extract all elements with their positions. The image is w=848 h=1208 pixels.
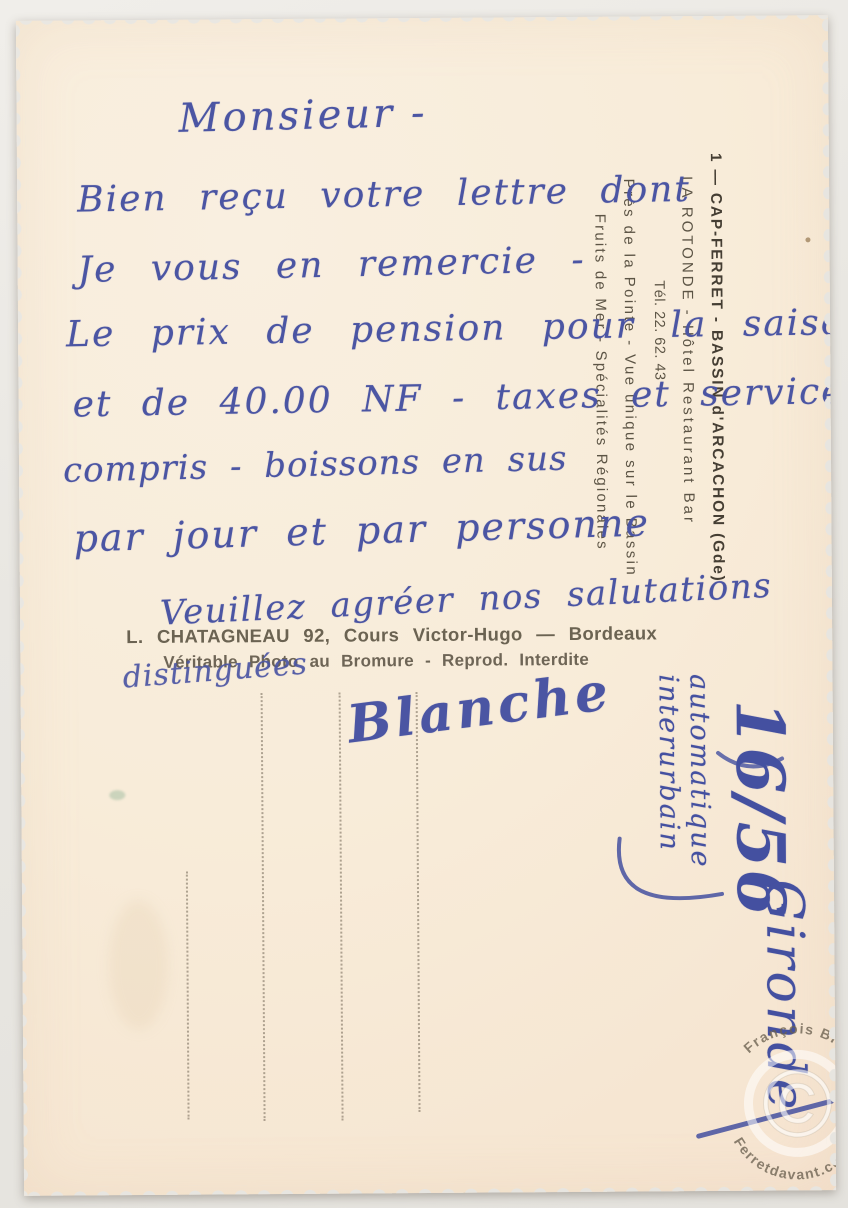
address-dotted-line bbox=[261, 693, 266, 1121]
deckle-edge-top bbox=[16, 15, 828, 30]
printed-line-title: 1 — CAP-FERRET - BASSIN d'ARCACHON (Gde) bbox=[701, 153, 733, 571]
margin-note-line: interurbain bbox=[652, 674, 685, 914]
department-name: Gironde bbox=[754, 879, 816, 1121]
address-dotted-line bbox=[186, 872, 190, 1120]
handwritten-line: par jour et par personne bbox=[73, 500, 650, 560]
watermark-site: Ferretdavant.com bbox=[728, 1133, 837, 1188]
margin-note-line: automatique bbox=[683, 674, 716, 914]
scanner-background: 1 — CAP-FERRET - BASSIN d'ARCACHON (Gde)… bbox=[0, 0, 848, 1208]
margin-note: automatique interurbain bbox=[652, 674, 716, 914]
postcard-back: 1 — CAP-FERRET - BASSIN d'ARCACHON (Gde)… bbox=[16, 15, 836, 1196]
deckle-edge-bottom bbox=[24, 1181, 836, 1196]
watermark-site-text: Ferretdavant.com bbox=[728, 1133, 837, 1188]
printed-line-hotel: LA ROTONDE - Hôtel Restaurant Bar bbox=[672, 153, 704, 571]
handwritten-line: Je vous en remercie - bbox=[77, 239, 586, 291]
signature: Blanche bbox=[344, 661, 615, 756]
deckle-edge-left bbox=[16, 21, 33, 1196]
deckle-edge-right bbox=[819, 15, 836, 1190]
paper-stain bbox=[108, 900, 169, 1030]
paper-stain bbox=[109, 790, 125, 800]
handwritten-salutation: Monsieur - bbox=[178, 90, 428, 142]
address-dotted-line bbox=[339, 693, 344, 1121]
paper-speck bbox=[805, 237, 810, 242]
handwritten-line: compris - boissons en sus bbox=[63, 439, 568, 491]
address-dotted-line bbox=[416, 692, 421, 1112]
